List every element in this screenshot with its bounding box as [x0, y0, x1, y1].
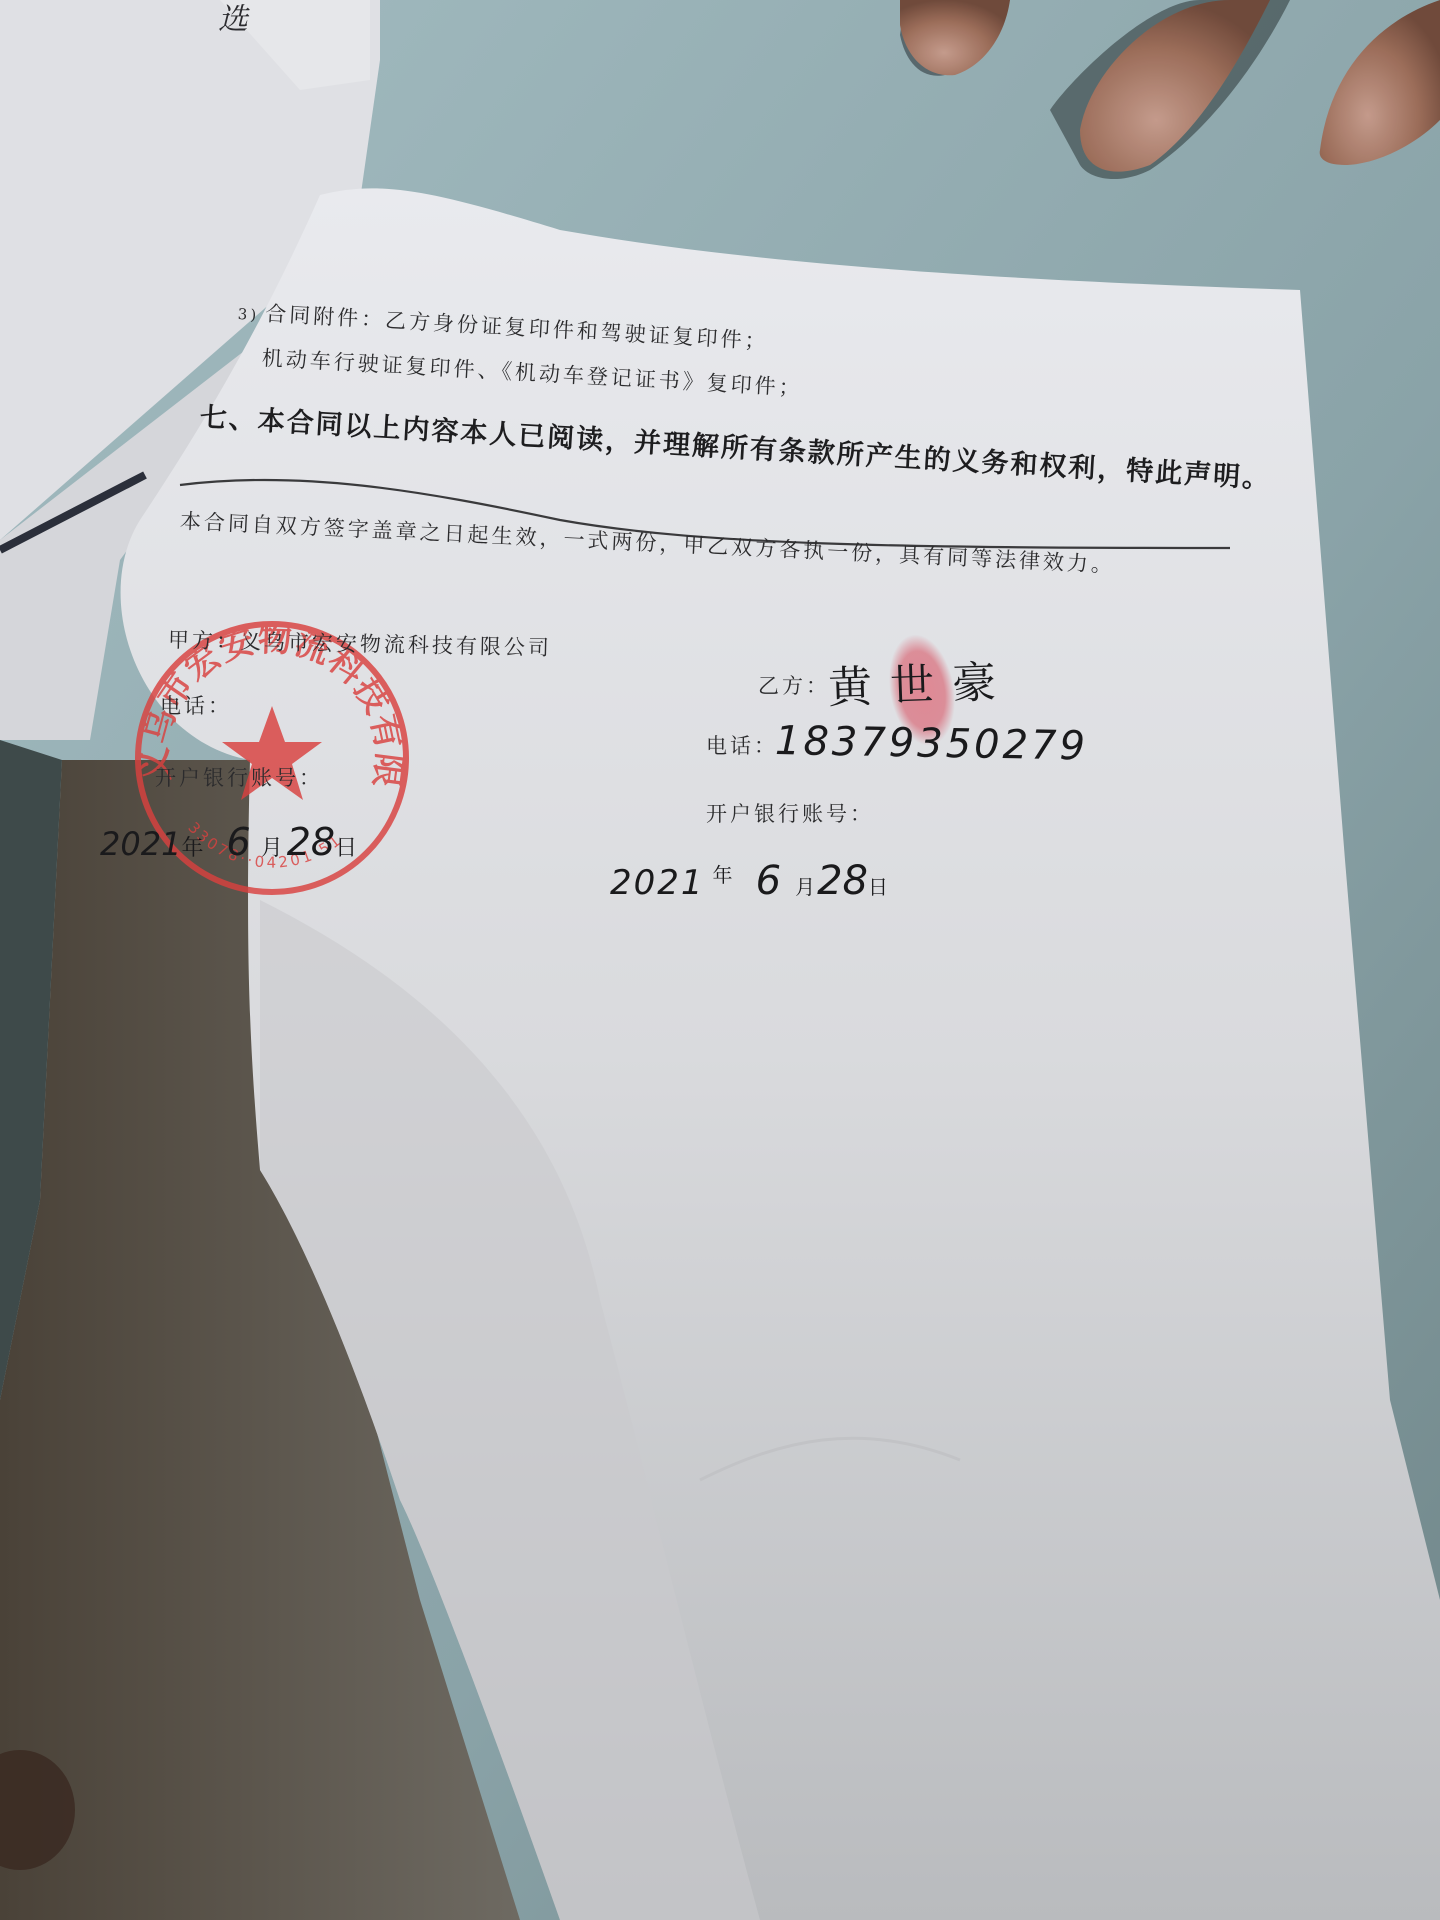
attachments-prefix: 3) — [237, 305, 259, 324]
party-a-date: 2021年 6月28日 — [100, 820, 357, 864]
party-a-name: 义乌市宏安物流科技有限公司 — [240, 630, 552, 661]
background-layer: 义乌市宏安物流科技有限公司 33078··04201 51 — [0, 0, 1440, 1920]
photo-scene: 义乌市宏安物流科技有限公司 33078··04201 51 选 3)合同附件：乙… — [0, 0, 1440, 1920]
party-b-phone: 18379350279 — [775, 718, 1089, 769]
party-a-label: 甲方： — [168, 628, 240, 654]
party-b-label: 乙方： — [758, 670, 830, 700]
party-b-bank-label: 开户银行账号： — [706, 798, 874, 828]
party-b-date: 2021年 6月28日 — [610, 858, 888, 904]
party-a-bank-label: 开户银行账号： — [155, 762, 323, 792]
party-a-phone-label: 电话： — [160, 690, 232, 720]
party-b-phone-label: 电话： — [706, 730, 778, 760]
underlying-note: 选 — [218, 0, 248, 38]
party-b-signature: 黄世豪 — [827, 646, 1015, 716]
